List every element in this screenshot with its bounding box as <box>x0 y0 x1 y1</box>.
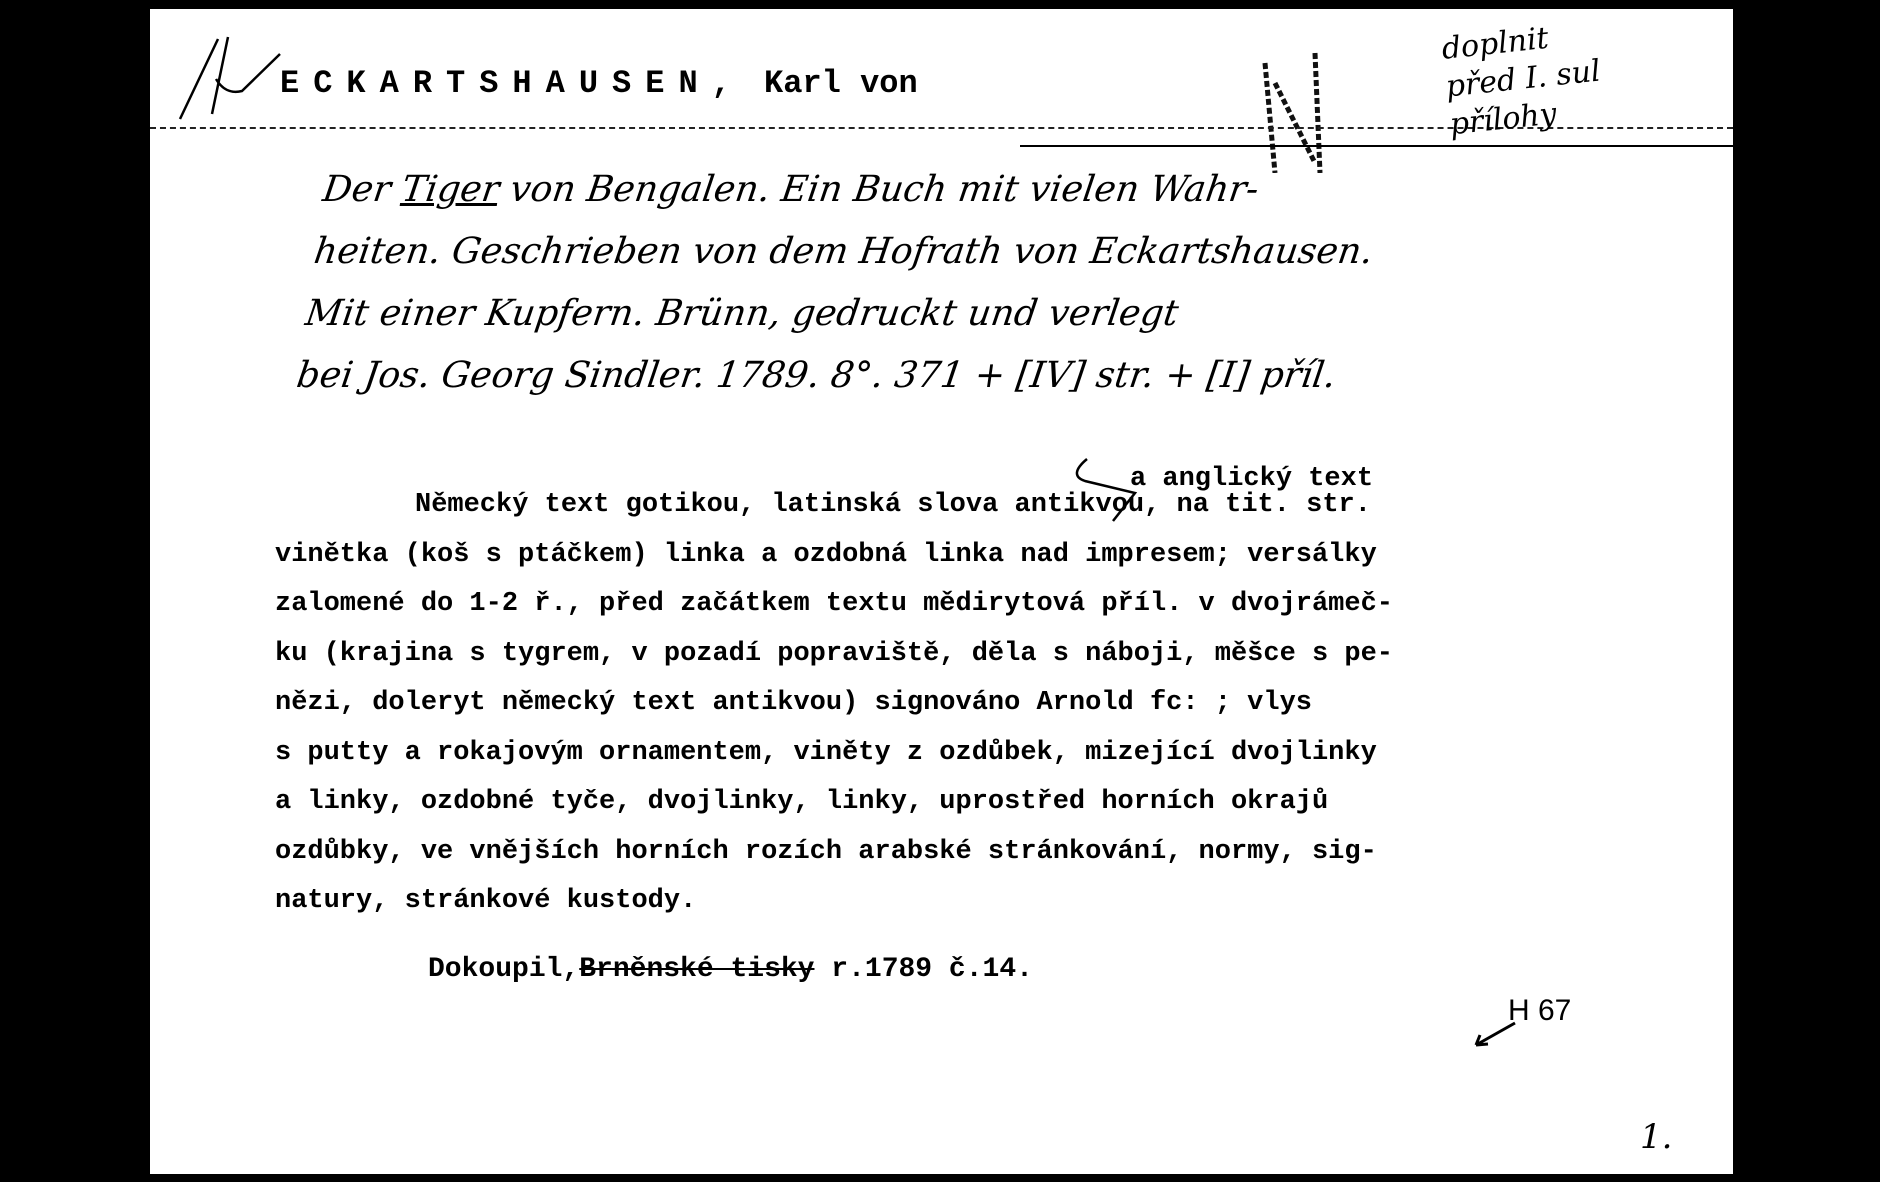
handwritten-line: Mit einer Kupfern. Brünn, gedruckt und v… <box>301 283 1670 345</box>
description-line: nězi, doleryt německý text antikvou) sig… <box>275 679 1393 729</box>
reference-author: Dokoupil, <box>428 954 579 985</box>
catalog-card: ECKARTSHAUSEN, Karl von doplnit před I. … <box>150 9 1733 1174</box>
bibliographic-reference: Dokoupil,Brněnské tisky r.1789 č.14. <box>428 954 1033 985</box>
handwritten-note-top-right: doplnit před I. sul přílohy <box>1440 15 1606 145</box>
description-line: a linky, ozdobné tyče, dvojlinky, linky,… <box>275 778 1393 828</box>
description-line: ozdůbky, ve vnějších horních rozích arab… <box>275 828 1393 878</box>
header-divider-solid <box>1020 145 1733 147</box>
author-given-name: Karl von <box>764 65 918 102</box>
description-line: zalomené do 1-2 ř., před začátkem textu … <box>275 580 1393 630</box>
card-page-number: 1. <box>1640 1117 1672 1157</box>
card-heading: ECKARTSHAUSEN, Karl von <box>280 65 918 102</box>
handwritten-line: heiten. Geschrieben von dem Hofrath von … <box>310 221 1679 283</box>
description-paragraph: Německý text gotikou, latinská slova ant… <box>275 481 1393 927</box>
author-surname: ECKARTSHAUSEN, <box>280 65 745 102</box>
description-line: natury, stránkové kustody. <box>275 877 1393 927</box>
description-line: vinětka (koš s ptáčkem) linka a ozdobná … <box>275 531 1393 581</box>
reference-work: Brněnské tisky <box>579 954 814 985</box>
description-line: s putty a rokajovým ornamentem, viněty z… <box>275 729 1393 779</box>
ink-stamp-mark <box>1245 23 1365 173</box>
handwritten-title: Der Tiger von Bengalen. Ein Buch mit vie… <box>293 159 1688 407</box>
reference-rest: r.1789 č.14. <box>814 954 1032 985</box>
description-line: Německý text gotikou, latinská slova ant… <box>275 481 1393 531</box>
shelf-signature: H 67 <box>1508 994 1571 1028</box>
handwritten-line: Der Tiger von Bengalen. Ein Buch mit vie… <box>319 159 1688 221</box>
description-line: ku (krajina s tygrem, v pozadí popravišt… <box>275 630 1393 680</box>
handwritten-initials-mark <box>170 19 290 129</box>
underlined-title-word: Tiger <box>399 169 502 210</box>
handwritten-line: bei Jos. Georg Sindler. 1789. 8°. 371 + … <box>293 345 1662 407</box>
